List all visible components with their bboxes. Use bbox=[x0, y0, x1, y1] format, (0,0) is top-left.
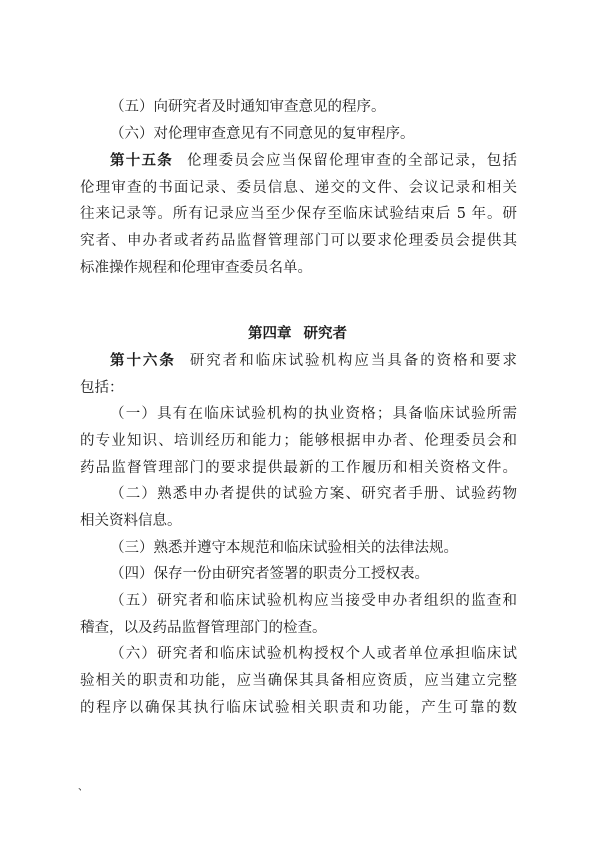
footer-mark: 、 bbox=[78, 783, 88, 793]
paragraph-line: 的程序以确保其执行临床试验相关职责和功能，产生可靠的数 bbox=[80, 697, 517, 719]
paragraph-line: 的专业知识、培训经历和能力；能够根据申办者、伦理委员会和 bbox=[80, 430, 517, 452]
paragraph-line: 往来记录等。所有记录应当至少保存至临床试验结束后 5 年。研 bbox=[80, 203, 517, 225]
paragraph-line: 药品监督管理部门的要求提供最新的工作履历和相关资格文件。 bbox=[80, 457, 517, 479]
paragraph-line: （三）熟悉并遵守本规范和临床试验相关的法律法规。 bbox=[110, 537, 517, 559]
paragraph-line: （六）研究者和临床试验机构授权个人或者单位承担临床试 bbox=[110, 643, 517, 665]
paragraph-line: （五）研究者和临床试验机构应当接受申办者组织的监查和 bbox=[110, 590, 517, 612]
paragraph-line: （五）向研究者及时通知审查意见的程序。 bbox=[110, 96, 517, 118]
paragraph-line: 究者、申办者或者药品监督管理部门可以要求伦理委员会提供其 bbox=[80, 230, 517, 252]
paragraph-line: 稽查，以及药品监督管理部门的检查。 bbox=[80, 617, 517, 639]
paragraph-line: 相关资料信息。 bbox=[80, 510, 517, 532]
paragraph-line: （六）对伦理审查意见有不同意见的复审程序。 bbox=[110, 123, 517, 145]
chapter-number: 第四章 bbox=[248, 326, 292, 342]
article-16-first-line: 第十六条研究者和临床试验机构应当具备的资格和要求 bbox=[110, 350, 517, 372]
paragraph-line: （四）保存一份由研究者签署的职责分工授权表。 bbox=[110, 563, 517, 585]
paragraph-line: 标准操作规程和伦理审查委员名单。 bbox=[80, 257, 517, 279]
document-page: （五）向研究者及时通知审查意见的程序。 （六）对伦理审查意见有不同意见的复审程序… bbox=[0, 0, 595, 841]
paragraph-line: 包括： bbox=[80, 377, 517, 399]
article-number: 第十五条 bbox=[110, 153, 173, 169]
paragraph-line: （二）熟悉申办者提供的试验方案、研究者手册、试验药物 bbox=[110, 483, 517, 505]
chapter-title: 研究者 bbox=[304, 326, 348, 342]
paragraph-line: 验相关的职责和功能，应当确保其具备相应资质，应当建立完整 bbox=[80, 670, 517, 692]
article-15-first-line: 第十五条伦理委员会应当保留伦理审查的全部记录，包括 bbox=[110, 150, 517, 172]
article-text: 伦理委员会应当保留伦理审查的全部记录，包括 bbox=[187, 153, 517, 169]
article-text: 研究者和临床试验机构应当具备的资格和要求 bbox=[190, 353, 517, 369]
paragraph-line: 伦理审查的书面记录、委员信息、递交的文件、会议记录和相关 bbox=[80, 177, 517, 199]
chapter-heading: 第四章研究者 bbox=[0, 323, 595, 345]
article-number: 第十六条 bbox=[110, 353, 176, 369]
paragraph-line: （一）具有在临床试验机构的执业资格；具备临床试验所需 bbox=[110, 403, 517, 425]
